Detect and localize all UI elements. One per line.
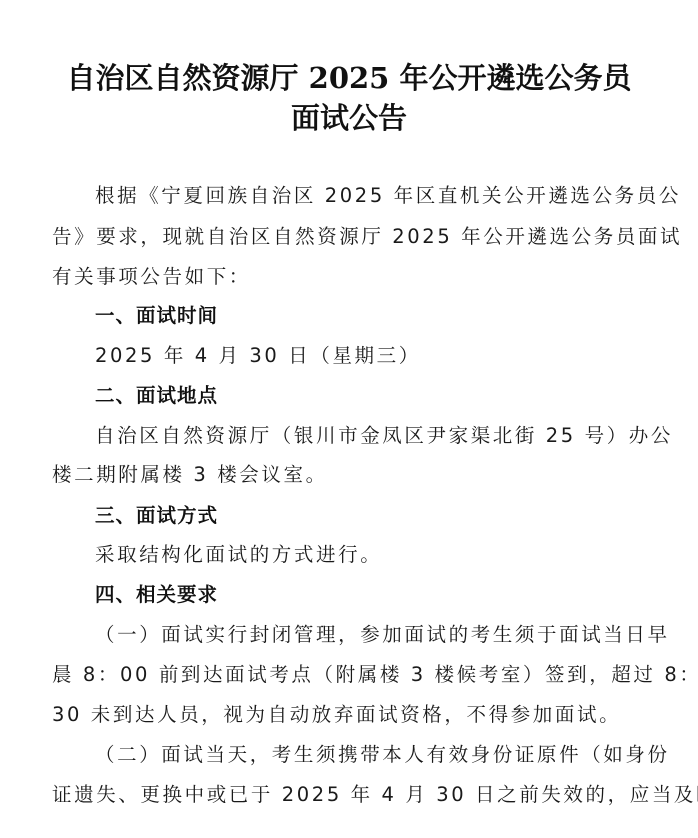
requirement-1-line-3: 30 未到达人员，视为自动放弃面试资格，不得参加面试。 <box>52 703 652 727</box>
document-title-line-1: 自治区自然资源厅 2025 年公开遴选公务员 <box>0 56 698 97</box>
section-heading-requirements: 四、相关要求 <box>95 583 695 607</box>
requirement-1-line-1: （一）面试实行封闭管理，参加面试的考生须于面试当日早 <box>95 623 695 647</box>
section-location-line-2: 楼二期附属楼 3 楼会议室。 <box>52 463 652 487</box>
intro-line-3: 有关事项公告如下： <box>52 265 652 289</box>
section-method-line-1: 采取结构化面试的方式进行。 <box>95 543 695 567</box>
document-title-line-2: 面试公告 <box>0 96 698 137</box>
requirement-1-line-2: 晨 8：00 前到达面试考点（附属楼 3 楼候考室）签到，超过 8： <box>52 663 652 687</box>
section-heading-location: 二、面试地点 <box>95 384 695 408</box>
announcement-page: 自治区自然资源厅 2025 年公开遴选公务员 面试公告 根据《宁夏回族自治区 2… <box>0 0 698 838</box>
intro-line-2: 告》要求，现就自治区自然资源厅 2025 年公开遴选公务员面试 <box>52 225 652 249</box>
intro-line-1: 根据《宁夏回族自治区 2025 年区直机关公开遴选公务员公 <box>95 184 695 208</box>
requirement-2-line-1: （二）面试当天，考生须携带本人有效身份证原件（如身份 <box>95 743 695 767</box>
section-time-line-1: 2025 年 4 月 30 日（星期三） <box>95 344 695 368</box>
requirement-2-line-2: 证遗失、更换中或已于 2025 年 4 月 30 日之前失效的，应当及时 <box>52 783 652 807</box>
section-location-line-1: 自治区自然资源厅（银川市金凤区尹家渠北街 25 号）办公 <box>95 424 695 448</box>
section-heading-method: 三、面试方式 <box>95 504 695 528</box>
section-heading-time: 一、面试时间 <box>95 304 695 328</box>
